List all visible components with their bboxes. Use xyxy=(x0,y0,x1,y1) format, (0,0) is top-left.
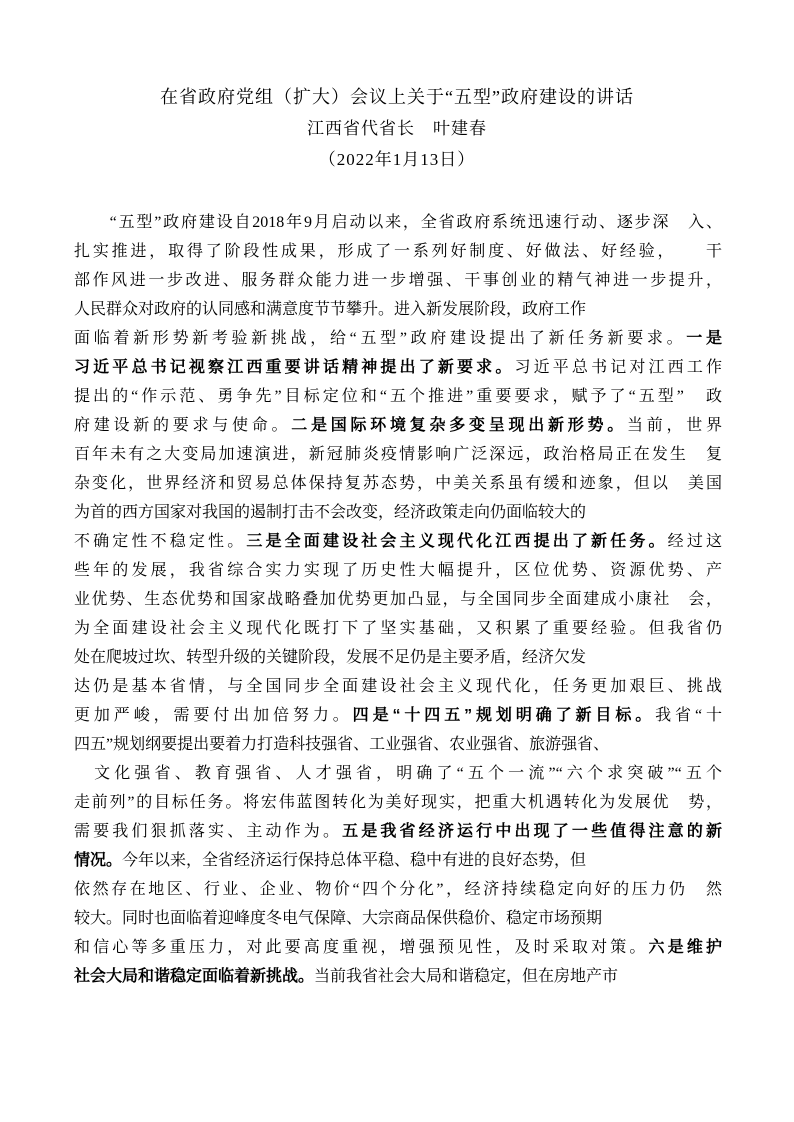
text-line: 些年的发展，我省综合实力实现了历史性大幅提升，区位优势、资源优势、产 xyxy=(74,556,722,585)
bold-text-segment: 三是全面建设社会主义现代化江西提出了新任务。 xyxy=(246,533,667,550)
text-segment: 文化强省、教育强省、人才强省，明确了“五个一流”“六个求突破”“五个 xyxy=(74,765,722,782)
text-segment: 人民群众对政府的认同感和满意度节节攀升。进入新发展阶段，政府工作 xyxy=(74,301,586,318)
text-segment: 提出的“作示范、勇争先”目标定位和“五个推进”重要要求，赋予了“五型” 政 xyxy=(74,388,722,405)
text-segment: 走前列”的目标任务。将宏伟蓝图转化为美好现实，把重大机遇转化为发展优 势， xyxy=(74,794,722,811)
text-line: 不确定性不稳定性。三是全面建设社会主义现代化江西提出了新任务。经过这 xyxy=(74,527,722,556)
text-line: 业优势、生态优势和国家战略叠加优势更加凸显，与全国同步全面建成小康社 会， xyxy=(74,585,722,614)
text-line: 扎实推进，取得了阶段性成果，形成了一系列好制度、好做法、好经验， 干 xyxy=(74,237,722,266)
text-segment: 经过这 xyxy=(668,533,722,550)
text-segment: 更加严峻，需要付出加倍努力。 xyxy=(74,707,353,724)
text-line: 达仍是基本省情，与全国同步全面建设社会主义现代化，任务更加艰巨、挑战 xyxy=(74,672,722,701)
text-line: 部作风进一步改进、服务群众能力进一步增强、干事创业的精气神进一步提升， xyxy=(74,266,722,295)
text-segment: 扎实推进，取得了阶段性成果，形成了一系列好制度、好做法、好经验， 干 xyxy=(74,243,722,260)
text-line: 依然存在地区、行业、企业、物价“四个分化”，经济持续稳定向好的压力仍 然 xyxy=(74,875,722,904)
text-line: 为首的西方国家对我国的遏制打击不会改变，经济政策走向仍面临较大的 xyxy=(74,498,722,527)
text-segment: 我省“十 xyxy=(655,707,722,724)
text-segment: 四五”规划纲要提出要着力打造科技强省、工业强省、农业强省、旅游强省、 xyxy=(74,736,609,753)
text-line: 社会大局和谐稳定面临着新挑战。当前我省社会大局和谐稳定，但在房地产市 xyxy=(74,962,722,991)
text-segment: 杂变化，世界经济和贸易总体保持复苏态势，中美关系虽有缓和迹象，但以 美国 xyxy=(74,475,722,492)
document-header: 在省政府党组（扩大）会议上关于“五型”政府建设的讲话 江西省代省长 叶建春 （2… xyxy=(0,0,794,175)
text-segment: 面临着新形势新考验新挑战，给“五型”政府建设提出了新任务新要求。 xyxy=(74,330,686,347)
text-line: 府建设新的要求与使命。二是国际环境复杂多变呈现出新形势。当前，世界 xyxy=(74,411,722,440)
text-segment: 为全面建设社会主义现代化既打下了坚实基础，又积累了重要经验。但我省仍 xyxy=(74,620,722,637)
text-line: 面临着新形势新考验新挑战，给“五型”政府建设提出了新任务新要求。一是 xyxy=(74,324,722,353)
bold-text-segment: 四是“十四五”规划明确了新目标。 xyxy=(353,707,655,724)
text-line: 人民群众对政府的认同感和满意度节节攀升。进入新发展阶段，政府工作 xyxy=(74,295,722,324)
text-line: 更加严峻，需要付出加倍努力。四是“十四五”规划明确了新目标。我省“十 xyxy=(74,701,722,730)
text-segment: 今年以来，全省经济运行保持总体平稳、稳中有进的良好态势，但 xyxy=(122,852,586,869)
text-segment: 达仍是基本省情，与全国同步全面建设社会主义现代化，任务更加艰巨、挑战 xyxy=(74,678,722,695)
bold-text-segment: 五是我省经济运行中出现了一些值得注意的新 xyxy=(342,823,722,840)
text-segment: 不确定性不稳定性。 xyxy=(74,533,246,550)
text-line: 提出的“作示范、勇争先”目标定位和“五个推进”重要要求，赋予了“五型” 政 xyxy=(74,382,722,411)
bold-text-segment: 习近平总书记视察江西重要讲话精神提出了新要求。 xyxy=(74,359,514,376)
document-page: 在省政府党组（扩大）会议上关于“五型”政府建设的讲话 江西省代省长 叶建春 （2… xyxy=(0,0,794,1122)
text-segment: “五型”政府建设自2018年9月启动以来，全省政府系统迅速行动、逐步深 入、 xyxy=(74,214,722,231)
text-segment: 处在爬坡过坎、转型升级的关键阶段，发展不足仍是主要矛盾，经济欠发 xyxy=(74,649,586,666)
text-line: 四五”规划纲要提出要着力打造科技强省、工业强省、农业强省、旅游强省、 xyxy=(74,730,722,759)
bold-text-segment: 社会大局和谐稳定面临着新挑战。 xyxy=(74,968,314,985)
text-line: 文化强省、教育强省、人才强省，明确了“五个一流”“六个求突破”“五个 xyxy=(74,759,722,788)
text-segment: 业优势、生态优势和国家战略叠加优势更加凸显，与全国同步全面建成小康社 会， xyxy=(74,591,722,608)
bold-text-segment: 一是 xyxy=(686,330,722,347)
document-date: （2022年1月13日） xyxy=(0,144,794,175)
text-segment: 和信心等多重压力，对此要高度重视，增强预见性，及时采取对策。 xyxy=(74,939,649,956)
document-title: 在省政府党组（扩大）会议上关于“五型”政府建设的讲话 xyxy=(0,82,794,113)
text-segment: 较大。同时也面临着迎峰度冬电气保障、大宗商品保供稳价、稳定市场预期 xyxy=(74,910,602,927)
text-segment: 习近平总书记对江西工作 xyxy=(514,359,722,376)
text-segment: 为首的西方国家对我国的遏制打击不会改变，经济政策走向仍面临较大的 xyxy=(74,504,586,521)
bold-text-segment: 六是维护 xyxy=(649,939,722,956)
bold-text-segment: 情况。 xyxy=(74,852,122,869)
text-segment: 依然存在地区、行业、企业、物价“四个分化”，经济持续稳定向好的压力仍 然 xyxy=(74,881,722,898)
text-segment: 需要我们狠抓落实、主动作为。 xyxy=(74,823,342,840)
text-segment: 当前我省社会大局和谐稳定，但在房地产市 xyxy=(314,968,618,985)
text-segment: 当前，世界 xyxy=(627,417,722,434)
text-line: 习近平总书记视察江西重要讲话精神提出了新要求。习近平总书记对江西工作 xyxy=(74,353,722,382)
text-line: 情况。今年以来，全省经济运行保持总体平稳、稳中有进的良好态势，但 xyxy=(74,846,722,875)
text-line: 为全面建设社会主义现代化既打下了坚实基础，又积累了重要经验。但我省仍 xyxy=(74,614,722,643)
bold-text-segment: 二是国际环境复杂多变呈现出新形势。 xyxy=(291,417,627,434)
text-line: 走前列”的目标任务。将宏伟蓝图转化为美好现实，把重大机遇转化为发展优 势， xyxy=(74,788,722,817)
document-author: 江西省代省长 叶建春 xyxy=(0,113,794,144)
text-line: 较大。同时也面临着迎峰度冬电气保障、大宗商品保供稳价、稳定市场预期 xyxy=(74,904,722,933)
text-line: 百年未有之大变局加速演进，新冠肺炎疫情影响广泛深远，政治格局正在发生 复 xyxy=(74,440,722,469)
text-line: 和信心等多重压力，对此要高度重视，增强预见性，及时采取对策。六是维护 xyxy=(74,933,722,962)
text-line: 杂变化，世界经济和贸易总体保持复苏态势，中美关系虽有缓和迹象，但以 美国 xyxy=(74,469,722,498)
text-segment: 些年的发展，我省综合实力实现了历史性大幅提升，区位优势、资源优势、产 xyxy=(74,562,722,579)
document-body: “五型”政府建设自2018年9月启动以来，全省政府系统迅速行动、逐步深 入、扎实… xyxy=(74,208,722,991)
text-line: “五型”政府建设自2018年9月启动以来，全省政府系统迅速行动、逐步深 入、 xyxy=(74,208,722,237)
text-segment: 府建设新的要求与使命。 xyxy=(74,417,291,434)
text-line: 需要我们狠抓落实、主动作为。五是我省经济运行中出现了一些值得注意的新 xyxy=(74,817,722,846)
text-segment: 部作风进一步改进、服务群众能力进一步增强、干事创业的精气神进一步提升， xyxy=(74,272,722,289)
text-line: 处在爬坡过坎、转型升级的关键阶段，发展不足仍是主要矛盾，经济欠发 xyxy=(74,643,722,672)
text-segment: 百年未有之大变局加速演进，新冠肺炎疫情影响广泛深远，政治格局正在发生 复 xyxy=(74,446,722,463)
